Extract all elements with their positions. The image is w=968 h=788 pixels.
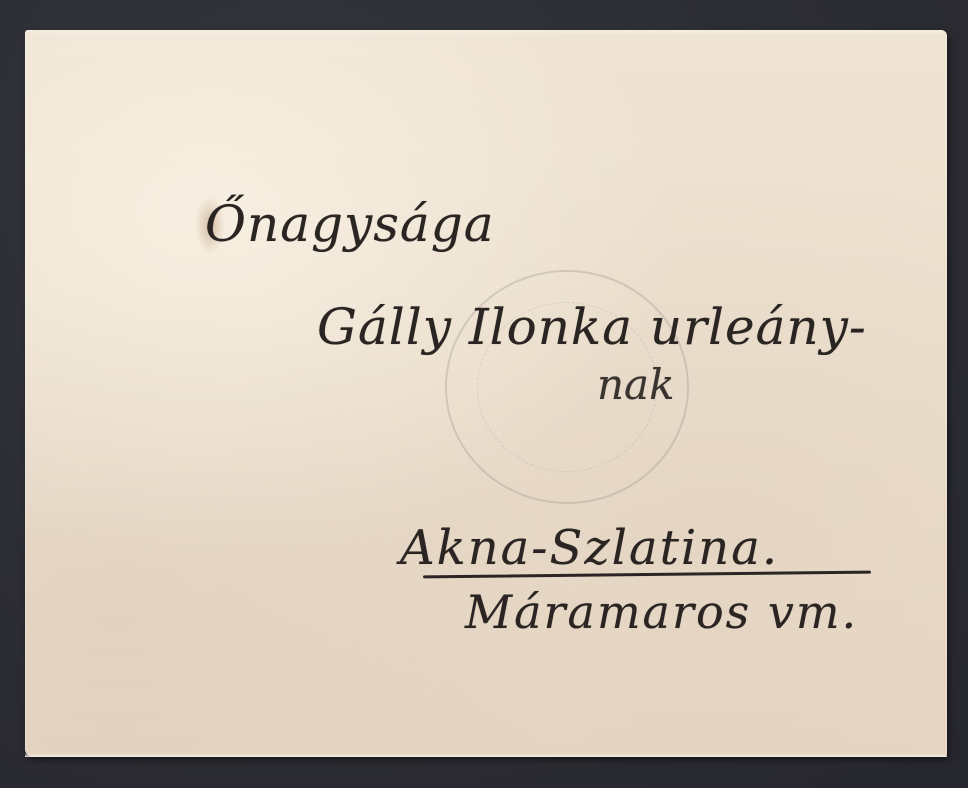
- envelope: Őnagysága Gálly Ilonka urleány- nak Akna…: [25, 30, 947, 757]
- address-town: Akna-Szlatina.: [400, 520, 779, 576]
- address-salutation: Őnagysága: [205, 195, 495, 253]
- address-recipient: Gálly Ilonka urleány-: [317, 298, 867, 356]
- address-county: Máramaros vm.: [465, 585, 858, 639]
- address-recipient-continuation: nak: [597, 360, 675, 409]
